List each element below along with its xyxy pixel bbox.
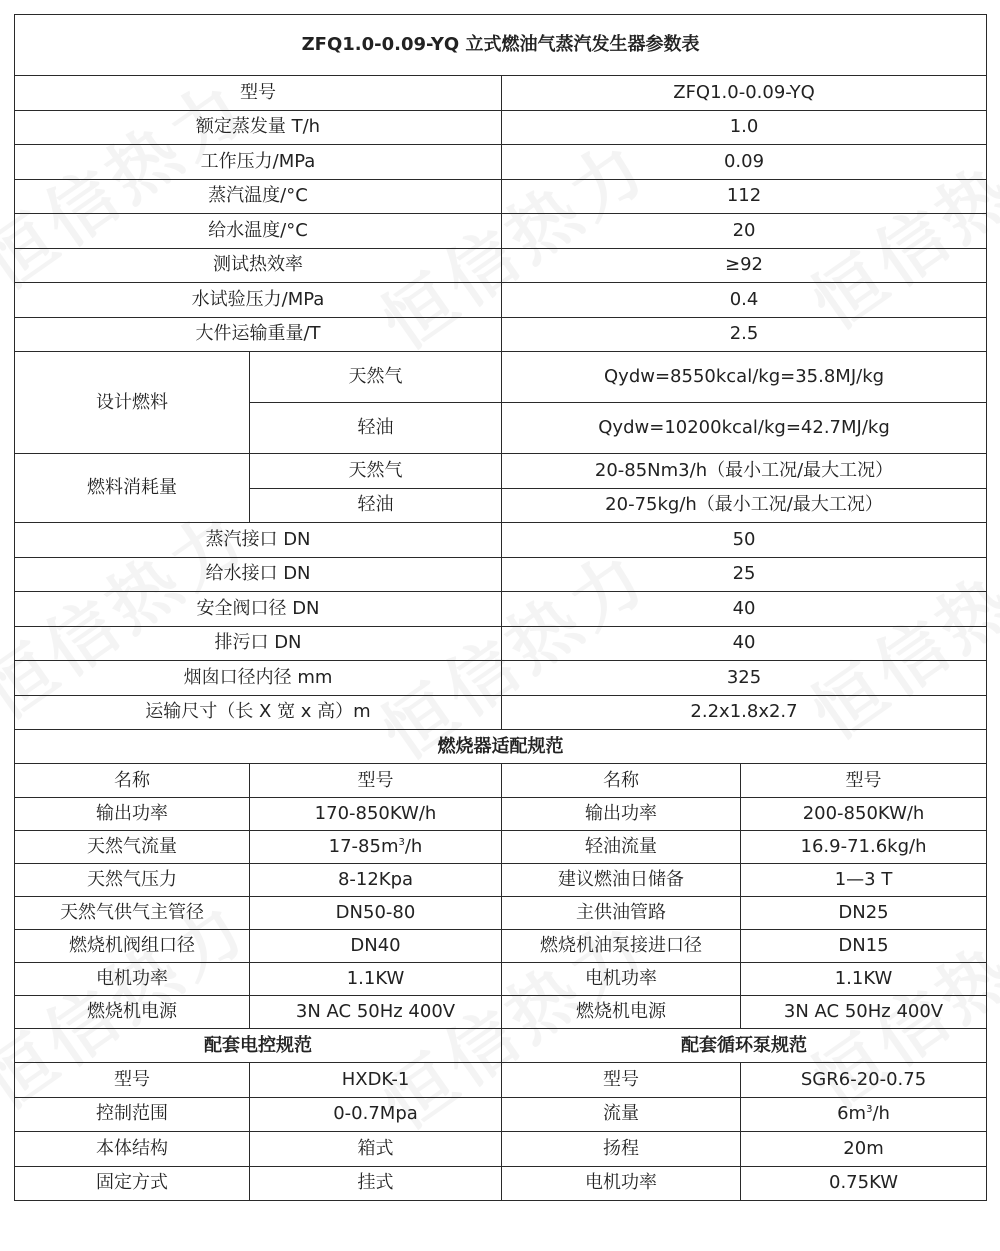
fuel-type: 轻油 — [250, 488, 502, 523]
param-value: 325 — [502, 661, 987, 696]
pump-flow-value: 6m — [837, 1103, 866, 1124]
table-title-row: ZFQ1.0-0.09-YQ 立式燃油气蒸汽发生器参数表 — [15, 15, 987, 76]
table-row: 天然气压力 8-12Kpa 建议燃油日储备 1—3 T — [15, 864, 987, 897]
param-value: 25 — [502, 557, 987, 592]
table-row: 给水接口 DN 25 — [15, 557, 987, 592]
parameter-table: ZFQ1.0-0.09-YQ 立式燃油气蒸汽发生器参数表 型号 ZFQ1.0-0… — [14, 14, 987, 1201]
pump-param-label: 电机功率 — [502, 1166, 741, 1201]
table-row: 输出功率 170-850KW/h 输出功率 200-850KW/h — [15, 798, 987, 831]
table-header-row: 名称 型号 名称 型号 — [15, 764, 987, 798]
param-value: 40 — [502, 592, 987, 627]
gas-flow-value: 17-85m — [329, 836, 399, 857]
table-row: 大件运输重量/T 2.5 — [15, 317, 987, 352]
param-label: 给水温度/°C — [15, 214, 502, 249]
control-param-label: 型号 — [15, 1063, 250, 1098]
param-label: 蒸汽接口 DN — [15, 523, 502, 558]
table-row: 水试验压力/MPa 0.4 — [15, 283, 987, 318]
pump-param-label: 型号 — [502, 1063, 741, 1098]
param-label: 水试验压力/MPa — [15, 283, 502, 318]
table-row: 燃烧机阀组口径 DN40 燃烧机油泵接进口径 DN15 — [15, 930, 987, 963]
pump-param-label: 扬程 — [502, 1132, 741, 1167]
table-row: 本体结构 箱式 扬程 20m — [15, 1132, 987, 1167]
fuel-value: Qydw=10200kcal/kg=42.7MJ/kg — [502, 403, 987, 454]
table-row: 蒸汽温度/°C 112 — [15, 179, 987, 214]
control-param-value: 0-0.7Mpa — [250, 1097, 502, 1132]
fuel-value: Qydw=8550kcal/kg=35.8MJ/kg — [502, 352, 987, 403]
control-param-label: 固定方式 — [15, 1166, 250, 1201]
param-label: 烟囱口径内径 mm — [15, 661, 502, 696]
electric-control-section-title: 配套电控规范 — [15, 1029, 502, 1063]
table-row: 固定方式 挂式 电机功率 0.75KW — [15, 1166, 987, 1201]
param-label: 测试热效率 — [15, 248, 502, 283]
column-header: 名称 — [502, 764, 741, 798]
burner-param-value: 1.1KW — [741, 963, 987, 996]
param-value: 112 — [502, 179, 987, 214]
table-row: 燃烧机电源 3N AC 50Hz 400V 燃烧机电源 3N AC 50Hz 4… — [15, 996, 987, 1029]
burner-section-title: 燃烧器适配规范 — [15, 730, 987, 764]
pump-param-value: 0.75KW — [741, 1166, 987, 1201]
table-row: 设计燃料 天然气 Qydw=8550kcal/kg=35.8MJ/kg — [15, 352, 987, 403]
control-param-value: 挂式 — [250, 1166, 502, 1201]
burner-param-label: 电机功率 — [15, 963, 250, 996]
column-header: 型号 — [250, 764, 502, 798]
table-row: 控制范围 0-0.7Mpa 流量 6m3/h — [15, 1097, 987, 1132]
param-value: 40 — [502, 626, 987, 661]
burner-param-label: 主供油管路 — [502, 897, 741, 930]
param-value: 20 — [502, 214, 987, 249]
burner-param-label: 天然气流量 — [15, 831, 250, 864]
burner-param-value: 170-850KW/h — [250, 798, 502, 831]
table-row: 测试热效率 ≥92 — [15, 248, 987, 283]
fuel-type: 天然气 — [250, 352, 502, 403]
design-fuel-label: 设计燃料 — [15, 352, 250, 454]
param-value: 0.4 — [502, 283, 987, 318]
burner-param-value: 16.9-71.6kg/h — [741, 831, 987, 864]
table-row: 蒸汽接口 DN 50 — [15, 523, 987, 558]
control-param-value: 箱式 — [250, 1132, 502, 1167]
table-row: 额定蒸发量 T/h 1.0 — [15, 110, 987, 145]
table-row: 型号 ZFQ1.0-0.09-YQ — [15, 76, 987, 111]
pump-param-value: 20m — [741, 1132, 987, 1167]
pump-param-label: 流量 — [502, 1097, 741, 1132]
burner-param-label: 天然气供气主管径 — [15, 897, 250, 930]
table-title: ZFQ1.0-0.09-YQ 立式燃油气蒸汽发生器参数表 — [15, 15, 987, 76]
table-row: 安全阀口径 DN 40 — [15, 592, 987, 627]
burner-param-value: DN40 — [250, 930, 502, 963]
pump-param-value: SGR6-20-0.75 — [741, 1063, 987, 1098]
burner-param-value: 17-85m3/h — [250, 831, 502, 864]
fuel-consumption-label: 燃料消耗量 — [15, 454, 250, 523]
param-value: 50 — [502, 523, 987, 558]
table-row: 天然气供气主管径 DN50-80 主供油管路 DN25 — [15, 897, 987, 930]
param-value: 2.2x1.8x2.7 — [502, 695, 987, 730]
param-value: 0.09 — [502, 145, 987, 180]
section-header-row: 配套电控规范 配套循环泵规范 — [15, 1029, 987, 1063]
burner-param-value: 3N AC 50Hz 400V — [741, 996, 987, 1029]
param-label: 排污口 DN — [15, 626, 502, 661]
pump-param-value: 6m3/h — [741, 1097, 987, 1132]
control-param-label: 控制范围 — [15, 1097, 250, 1132]
consumption-value: 20-75kg/h（最小工况/最大工况） — [502, 488, 987, 523]
param-label: 安全阀口径 DN — [15, 592, 502, 627]
fuel-type: 天然气 — [250, 454, 502, 489]
circulation-pump-section-title: 配套循环泵规范 — [502, 1029, 987, 1063]
table-row: 运输尺寸（长 X 宽 x 高）m 2.2x1.8x2.7 — [15, 695, 987, 730]
param-value: 2.5 — [502, 317, 987, 352]
burner-param-label: 轻油流量 — [502, 831, 741, 864]
control-param-value: HXDK-1 — [250, 1063, 502, 1098]
param-label: 型号 — [15, 76, 502, 111]
unit-suffix: /h — [405, 836, 422, 857]
table-row: 排污口 DN 40 — [15, 626, 987, 661]
table-row: 工作压力/MPa 0.09 — [15, 145, 987, 180]
fuel-type: 轻油 — [250, 403, 502, 454]
burner-param-label: 燃烧机阀组口径 — [15, 930, 250, 963]
table-row: 烟囱口径内径 mm 325 — [15, 661, 987, 696]
burner-param-value: DN50-80 — [250, 897, 502, 930]
param-value: ZFQ1.0-0.09-YQ — [502, 76, 987, 111]
burner-param-value: 200-850KW/h — [741, 798, 987, 831]
param-label: 给水接口 DN — [15, 557, 502, 592]
burner-param-value: 8-12Kpa — [250, 864, 502, 897]
param-label: 额定蒸发量 T/h — [15, 110, 502, 145]
burner-param-label: 燃烧机电源 — [502, 996, 741, 1029]
burner-param-label: 输出功率 — [15, 798, 250, 831]
burner-param-label: 天然气压力 — [15, 864, 250, 897]
burner-param-label: 燃烧机油泵接进口径 — [502, 930, 741, 963]
section-header-row: 燃烧器适配规范 — [15, 730, 987, 764]
burner-param-value: 1—3 T — [741, 864, 987, 897]
param-label: 蒸汽温度/°C — [15, 179, 502, 214]
table-row: 型号 HXDK-1 型号 SGR6-20-0.75 — [15, 1063, 987, 1098]
consumption-value: 20-85Nm3/h（最小工况/最大工况） — [502, 454, 987, 489]
param-label: 运输尺寸（长 X 宽 x 高）m — [15, 695, 502, 730]
burner-param-label: 燃烧机电源 — [15, 996, 250, 1029]
burner-param-value: 1.1KW — [250, 963, 502, 996]
table-row: 给水温度/°C 20 — [15, 214, 987, 249]
table-row: 天然气流量 17-85m3/h 轻油流量 16.9-71.6kg/h — [15, 831, 987, 864]
burner-param-label: 电机功率 — [502, 963, 741, 996]
param-value: ≥92 — [502, 248, 987, 283]
burner-param-value: DN25 — [741, 897, 987, 930]
table-row: 电机功率 1.1KW 电机功率 1.1KW — [15, 963, 987, 996]
column-header: 型号 — [741, 764, 987, 798]
unit-suffix: /h — [872, 1103, 889, 1124]
burner-param-label: 输出功率 — [502, 798, 741, 831]
column-header: 名称 — [15, 764, 250, 798]
param-label: 工作压力/MPa — [15, 145, 502, 180]
burner-param-value: 3N AC 50Hz 400V — [250, 996, 502, 1029]
burner-param-label: 建议燃油日储备 — [502, 864, 741, 897]
burner-param-value: DN15 — [741, 930, 987, 963]
control-param-label: 本体结构 — [15, 1132, 250, 1167]
param-label: 大件运输重量/T — [15, 317, 502, 352]
param-value: 1.0 — [502, 110, 987, 145]
table-row: 燃料消耗量 天然气 20-85Nm3/h（最小工况/最大工况） — [15, 454, 987, 489]
